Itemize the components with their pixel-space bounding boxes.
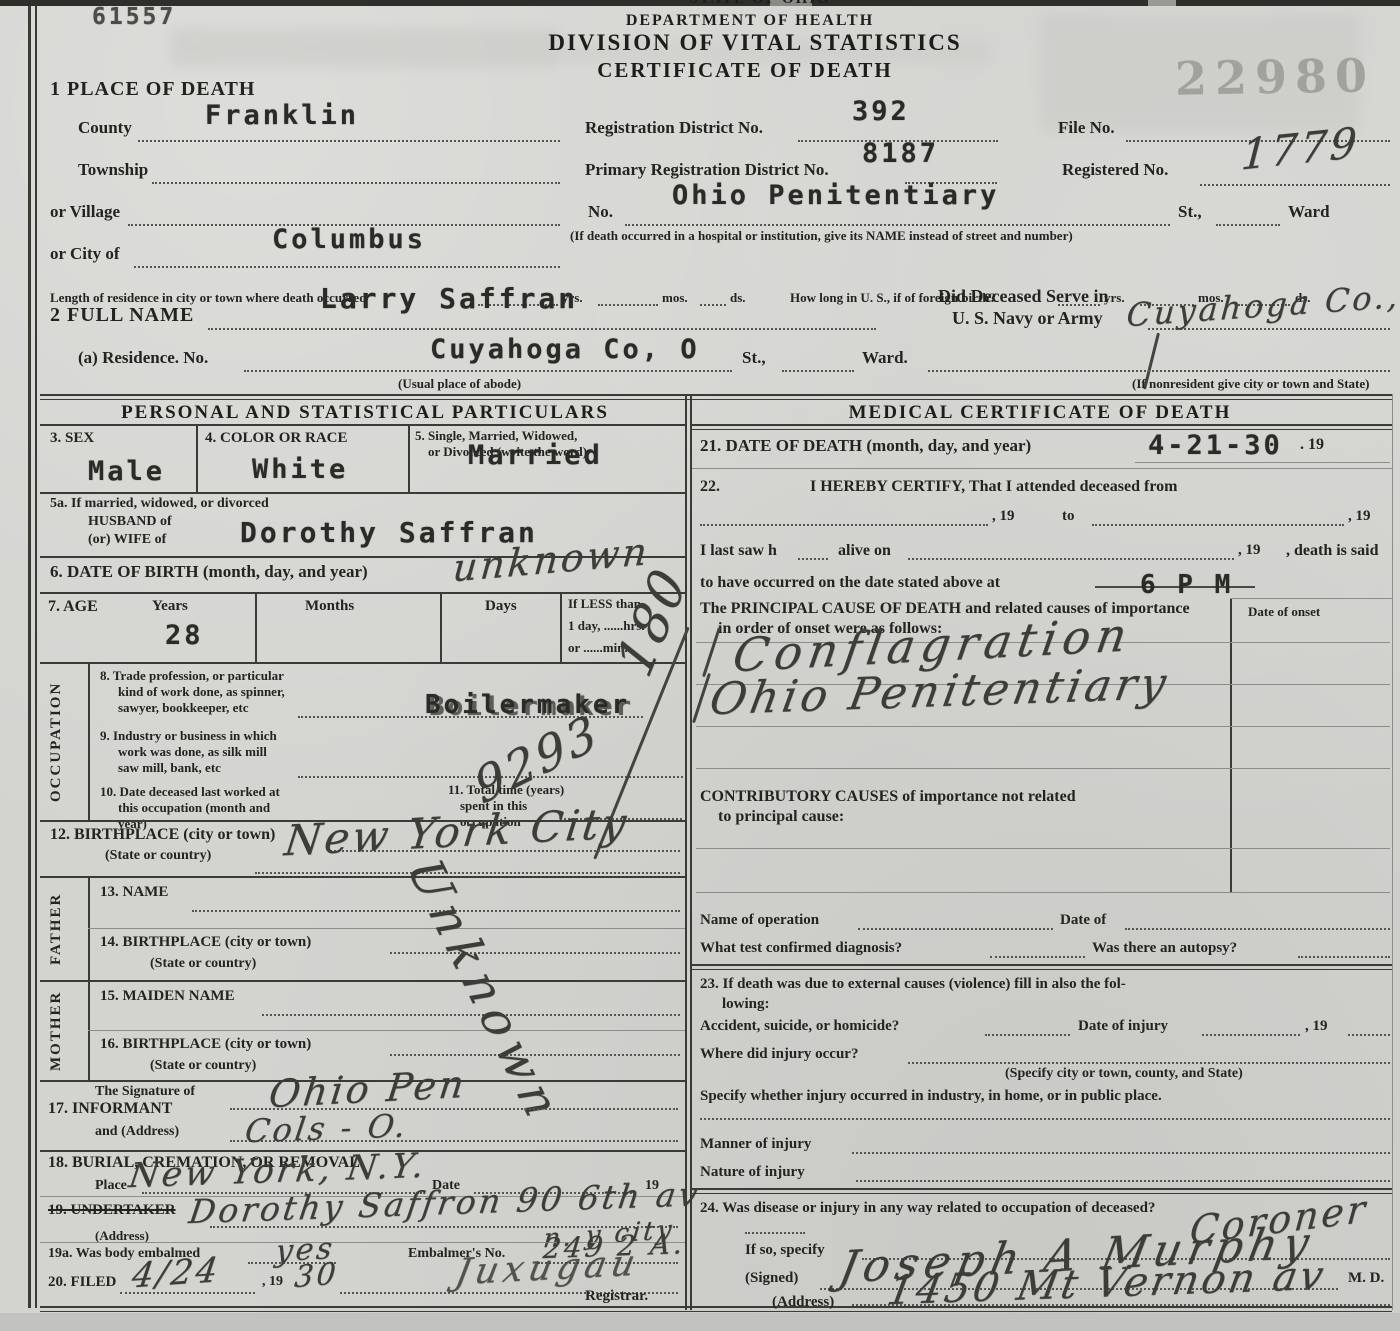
where-injury-label: Where did injury occur? <box>700 1046 858 1063</box>
nature-line <box>856 1180 1390 1182</box>
father-name-label: 13. NAME <box>100 884 168 901</box>
filed-year-value: 30 <box>293 1256 340 1295</box>
cell-border-1 <box>196 425 198 492</box>
mother-side-label: MOTHER <box>48 988 65 1073</box>
onset-box-top <box>1230 598 1392 599</box>
age-years-value: 28 <box>165 620 204 651</box>
row345-bottom <box>40 492 685 494</box>
masthead-division: DIVISION OF VITAL STATISTICS <box>505 30 1005 56</box>
race-label: 4. COLOR OR RACE <box>205 430 348 447</box>
right-edge-line <box>1392 394 1393 1310</box>
residence-st-label: St., <box>742 348 766 368</box>
ward-label: Ward <box>1288 202 1330 222</box>
county-label: County <box>78 118 132 138</box>
alive-on-label: alive on <box>838 542 891 560</box>
autopsy-line <box>1298 956 1390 958</box>
operation-date-label: Date of <box>1060 912 1106 929</box>
age-days-label: Days <box>485 598 517 615</box>
father-birthplace-label: 14. BIRTHPLACE (city or town) <box>100 934 311 951</box>
institution-note: (If death occurred in a hospital or inst… <box>570 228 1073 244</box>
served-value: Cuyahoga Co., O. <box>1125 273 1400 334</box>
ghost-bleedthrough-1 <box>170 28 560 68</box>
residence-length-line2 <box>598 304 658 306</box>
manner-label: Manner of injury <box>700 1136 811 1153</box>
served-label-2: U. S. Navy or Army <box>952 308 1103 329</box>
sex-label: 3. SEX <box>50 430 94 447</box>
spouse-label-2: HUSBAND of <box>88 514 172 530</box>
injury-19-line <box>1348 1034 1390 1036</box>
institution-value: Ohio Penitentiary <box>672 180 999 211</box>
bottom-border <box>40 1306 1392 1312</box>
primary-district-label: Primary Registration District No. <box>585 160 829 180</box>
cell-border-2 <box>408 425 410 492</box>
residence-label: (a) Residence. No. <box>78 348 208 368</box>
personal-section-heading: PERSONAL AND STATISTICAL PARTICULARS <box>60 402 670 424</box>
test-line <box>990 956 1085 958</box>
occurred-at-label: to have occurred on the date stated abov… <box>700 574 1000 592</box>
accident-line <box>985 1034 1070 1036</box>
column-divider-outer <box>685 394 687 1310</box>
time-of-death-value: 6 P M <box>1140 570 1233 600</box>
father-birthplace-line <box>390 952 680 954</box>
last-saw-line-1 <box>908 558 1234 560</box>
cause-rule-3 <box>696 726 1390 727</box>
st-label: St., <box>1178 202 1202 222</box>
residence-line <box>244 370 732 372</box>
age-years-label: Years <box>152 598 188 615</box>
contributory-rule-2 <box>696 892 1390 893</box>
village-label: or Village <box>50 202 120 222</box>
registrar-label: Registrar. <box>585 1288 648 1305</box>
st-ward-line <box>1216 224 1280 226</box>
occ9-label-3: saw mill, bank, etc <box>118 760 221 776</box>
abode-note: (Usual place of abode) <box>398 376 521 392</box>
registrar-signature: Juxugau <box>452 1242 644 1293</box>
injury-section-bottom <box>692 1188 1392 1194</box>
certify-to: to <box>1062 508 1075 525</box>
manner-line <box>852 1152 1390 1154</box>
contributory-label-1: CONTRIBUTORY CAUSES of importance not re… <box>700 788 1076 806</box>
scan-left-border-inner <box>35 6 37 1308</box>
autopsy-label: Was there an autopsy? <box>1092 940 1237 957</box>
informant-value-2: Cols - O. <box>243 1106 411 1150</box>
birthplace-value: New York City <box>282 798 632 865</box>
age-border-2 <box>440 592 442 662</box>
specify-where-label: Specify whether injury occurred in indus… <box>700 1088 1162 1105</box>
filed-19-label: , 19 <box>262 1274 283 1290</box>
test-label: What test confirmed diagnosis? <box>700 940 902 957</box>
medical-heading-rule <box>692 424 1392 430</box>
street-no-label: No. <box>588 202 613 222</box>
death-certificate-scan: 61557 STATE OF OHIO DEPARTMENT OF HEALTH… <box>0 0 1400 1331</box>
registration-district-value: 392 <box>852 96 910 127</box>
occupation-side-label: OCCUPATION <box>48 672 65 812</box>
spouse-label-3: (or) WIFE of <box>88 532 166 548</box>
mother-divider <box>88 1030 685 1031</box>
last-saw-19: , 19 <box>1238 542 1261 559</box>
operation-label: Name of operation <box>700 912 819 929</box>
county-line <box>138 140 560 142</box>
age-label: 7. AGE <box>48 598 98 616</box>
test-row-bottom <box>692 964 1392 970</box>
informant-label-1: The Signature of <box>95 1084 195 1100</box>
nature-label: Nature of injury <box>700 1164 805 1181</box>
certify-line-2 <box>1092 524 1344 526</box>
medical-section-heading: MEDICAL CERTIFICATE OF DEATH <box>710 402 1370 424</box>
operation-date-line <box>1125 928 1390 930</box>
birthplace-line-2 <box>255 872 680 874</box>
birthplace-label: 12. BIRTHPLACE (city or town) <box>50 826 275 844</box>
informant-label-3: and (Address) <box>95 1124 179 1140</box>
township-label: Township <box>78 160 148 180</box>
township-line <box>152 182 560 184</box>
city-value: Columbus <box>272 224 426 255</box>
residence-length-line3 <box>700 304 726 306</box>
occ10-label-1: 10. Date deceased last worked at <box>100 784 280 800</box>
race-value: White <box>252 454 348 485</box>
row6-bottom <box>40 592 685 594</box>
informant-label-2: 17. INFORMANT <box>48 1100 172 1118</box>
occupation-margin-border <box>88 662 90 820</box>
contributory-rule-1 <box>696 848 1390 849</box>
full-name-line <box>208 328 876 330</box>
mother-birthplace-label: 16. BIRTHPLACE (city or town) <box>100 1036 311 1053</box>
cause-rule-4 <box>696 768 1390 769</box>
sex-value: Male <box>88 456 165 487</box>
md-label: M. D. <box>1348 1270 1384 1287</box>
certify-line-1 <box>700 524 988 526</box>
age-border-3 <box>560 592 562 662</box>
certify-19a: , 19 <box>992 508 1015 525</box>
county-value: Franklin <box>205 100 359 131</box>
place-of-death-section-label: 1 PLACE OF DEATH <box>50 78 255 101</box>
onset-header: Date of onset <box>1248 604 1320 620</box>
header-divider <box>40 394 1392 400</box>
undertaker-label: 19. UNDERTAKER <box>48 1202 176 1219</box>
injury-date-line <box>1202 1034 1300 1036</box>
pen-slash-cause-1 <box>702 627 720 677</box>
signed-label: (Signed) <box>745 1270 798 1287</box>
full-name-label: 2 FULL NAME <box>50 304 194 327</box>
scan-left-border-outer <box>28 6 31 1308</box>
operation-line <box>858 928 1053 930</box>
certify-19b: , 19 <box>1348 508 1371 525</box>
residence-length-mos: mos. <box>662 290 688 306</box>
accident-label: Accident, suicide, or homicide? <box>700 1018 899 1035</box>
date-of-death-19: . 19 <box>1300 436 1324 454</box>
full-name-value: Larry Saffran <box>320 282 578 315</box>
occ10-label-2: this occupation (month and <box>118 800 270 816</box>
age-bottom <box>40 662 685 664</box>
file-number-stamp: 22980 <box>1175 48 1376 105</box>
where-injury-line <box>908 1062 1390 1064</box>
last-saw-line-0 <box>798 558 828 560</box>
city-line <box>134 266 560 268</box>
father-divider <box>88 928 685 929</box>
if-so-label: If so, specify <box>745 1242 825 1259</box>
contributory-label-2: to principal cause: <box>718 808 844 826</box>
filed-date-value: 4/24 <box>129 1250 223 1297</box>
death-said-label: , death is said <box>1286 542 1378 560</box>
street-no-line <box>625 224 1170 226</box>
date-of-death-value: 4-21-30 <box>1148 430 1283 461</box>
injury-19: , 19 <box>1305 1018 1328 1035</box>
external-label-1: 23. If death was due to external causes … <box>700 976 1126 993</box>
nonresident-note: (If nonresident give city or town and St… <box>1132 376 1370 392</box>
filed-label: 20. FILED <box>48 1274 116 1291</box>
physician-address-label: (Address) <box>772 1294 834 1311</box>
serial-number: 61557 <box>92 4 176 30</box>
masthead-department: DEPARTMENT OF HEALTH <box>550 12 950 30</box>
primary-district-value: 8187 <box>862 138 939 169</box>
burial-place-label: Place <box>95 1178 127 1194</box>
certify-text: I HEREBY CERTIFY, That I attended deceas… <box>810 478 1177 496</box>
scan-bottom-margin <box>0 1313 1400 1331</box>
residence-length-ds: ds. <box>730 290 746 306</box>
occ9-label-2: work was done, as silk mill <box>118 744 267 760</box>
birthplace-state-note: (State or country) <box>105 848 211 864</box>
father-side-label: FATHER <box>48 886 65 971</box>
date-of-death-label: 21. DATE OF DEATH (month, day, and year) <box>700 436 1031 456</box>
residence-st-line <box>782 370 854 372</box>
dob-label: 6. DATE OF BIRTH (month, day, and year) <box>50 562 368 582</box>
occ8-label-1: 8. Trade profession, or particular <box>100 668 284 684</box>
served-label-1: Did Deceased Serve in <box>938 286 1108 307</box>
q24-label: 24. Was disease or injury in any way rel… <box>700 1200 1155 1217</box>
masthead-title: CERTIFICATE OF DEATH <box>505 58 985 83</box>
masthead-state: STATE OF OHIO <box>640 0 880 8</box>
row21-bottom <box>692 468 1392 469</box>
q24-small-line <box>745 1232 805 1234</box>
father-bottom <box>40 980 685 982</box>
occ8-label-2: kind of work done, as spinner, <box>118 684 285 700</box>
mother-state-note: (State or country) <box>150 1058 256 1074</box>
marital-value: Married <box>468 440 603 471</box>
spouse-label-1: 5a. If married, widowed, or divorced <box>50 496 269 512</box>
age-border-1 <box>255 592 257 662</box>
occ8-label-3: sawyer, bookkeeper, etc <box>118 700 248 716</box>
date-of-death-line <box>1135 462 1390 463</box>
last-saw-label: I last saw h <box>700 542 777 560</box>
father-state-note: (State or country) <box>150 956 256 972</box>
file-no-label: File No. <box>1058 118 1115 138</box>
residence-ward-line <box>928 370 1390 372</box>
residence-ward-label: Ward. <box>862 348 908 368</box>
personal-heading-rule <box>40 424 685 426</box>
specify-city-note: (Specify city or town, county, and State… <box>1005 1066 1243 1082</box>
injury-date-label: Date of injury <box>1078 1018 1168 1035</box>
registration-district-label: Registration District No. <box>585 118 763 138</box>
column-divider-inner <box>690 394 692 1310</box>
specify-where-line <box>700 1118 1390 1120</box>
registered-no-line <box>1200 184 1390 186</box>
mother-name-label: 15. MAIDEN NAME <box>100 988 235 1005</box>
certify-number: 22. <box>700 478 720 496</box>
row12-bottom <box>40 876 685 878</box>
registered-no-label: Registered No. <box>1062 160 1168 180</box>
residence-value: Cuyahoga Co, O <box>430 334 700 365</box>
age-months-label: Months <box>305 598 354 615</box>
external-label-2: lowing: <box>722 996 770 1013</box>
occ9-label-1: 9. Industry or business in which <box>100 728 277 744</box>
filed-line-1 <box>120 1292 255 1294</box>
city-label: or City of <box>50 244 120 264</box>
